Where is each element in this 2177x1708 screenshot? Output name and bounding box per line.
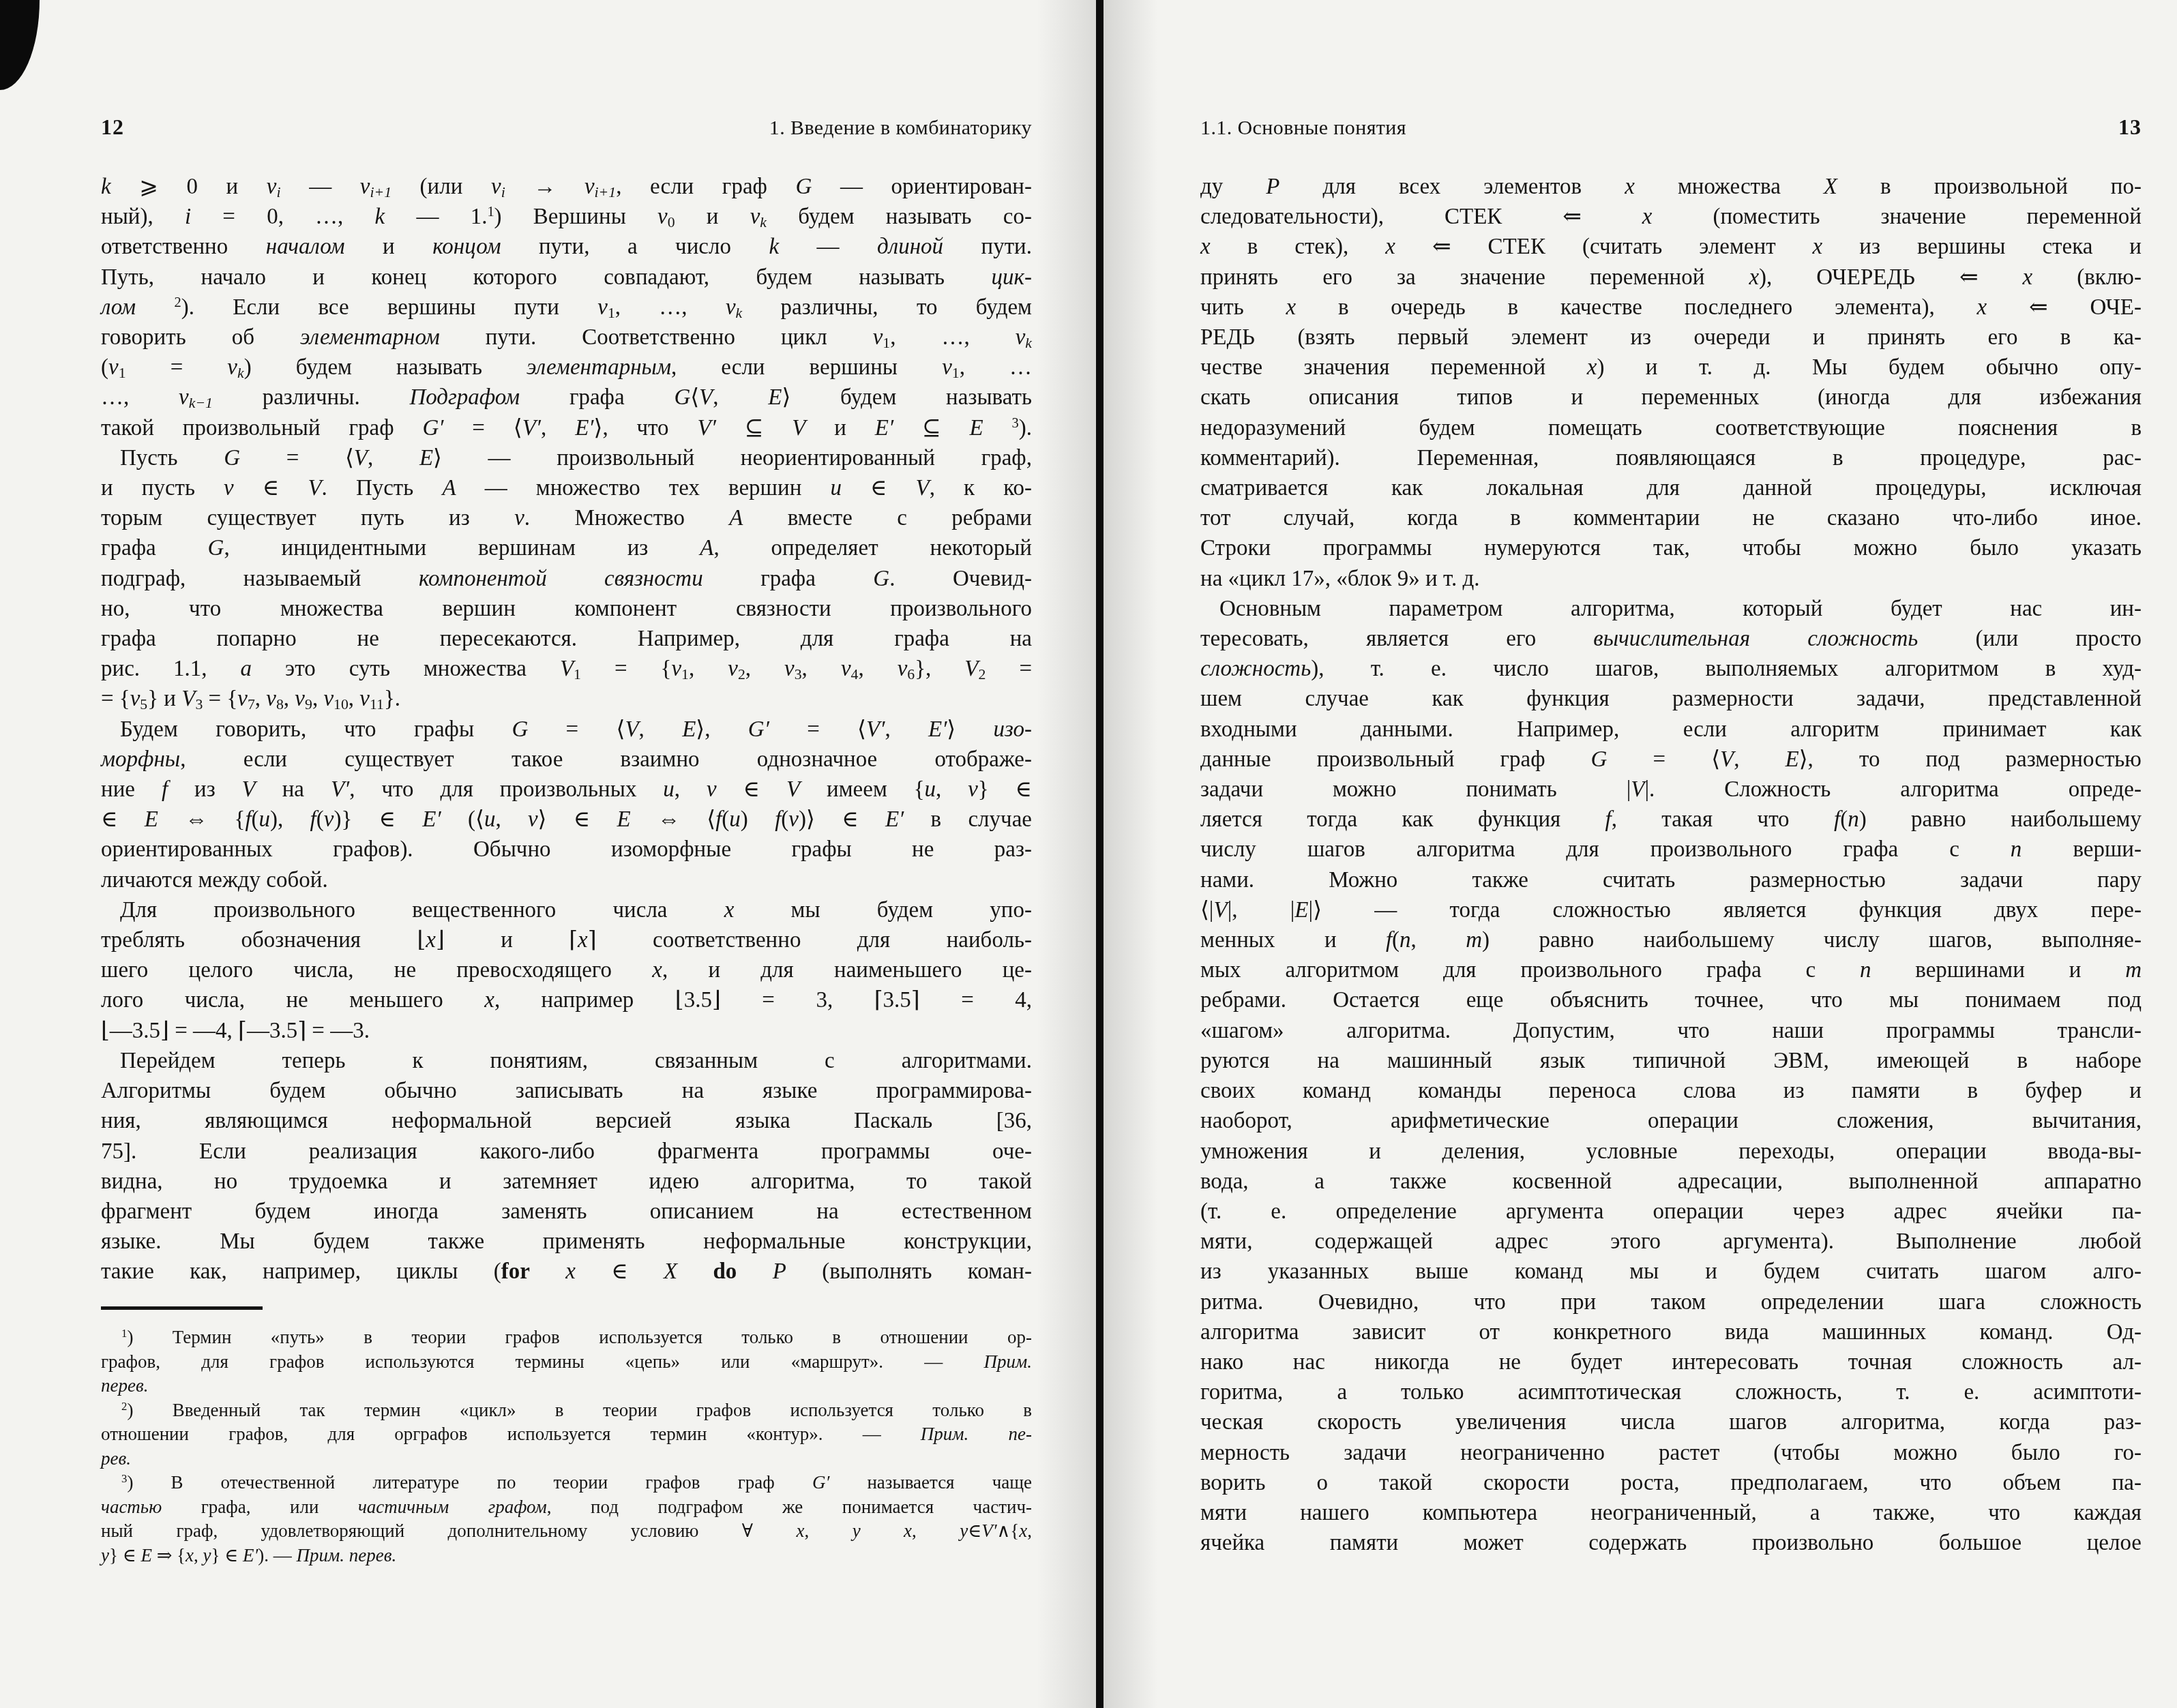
text-line: менных и f(n, m) равно наибольшему числу…	[1200, 925, 2142, 955]
text-line: своих команд команды переноса слова из п…	[1200, 1076, 2142, 1106]
text-line: ляется тогда как функция f, такая что f(…	[1200, 805, 2142, 835]
footnote-divider	[101, 1306, 263, 1310]
text-line: Алгоритмы будем обычно записывать на язы…	[101, 1076, 1032, 1106]
text-line: Пусть G = ⟨V, E⟩ — произвольный неориент…	[101, 443, 1032, 473]
text-line: ориентированных графов). Обычно изоморфн…	[101, 835, 1032, 865]
text-line: Строки программы нумеруются так, чтобы м…	[1200, 533, 2142, 563]
text-line: k ⩾ 0 и vi — vi+1 (или vi → vi+1, если г…	[101, 172, 1032, 202]
text-line: (v1 = vk) будем называть элементарным, е…	[101, 353, 1032, 383]
text-line: подграф, называемый компонентой связност…	[101, 564, 1032, 594]
text-line: ответственно началом и концом пути, а чи…	[101, 232, 1032, 262]
text-line: частью графа, или частичным графом, под …	[101, 1495, 1032, 1520]
text-line: ребрами. Остается еще объяснить точнее, …	[1200, 985, 2142, 1015]
book-scan-spread: 12 1. Введение в комбинаторику k ⩾ 0 и v…	[0, 0, 2177, 1708]
text-line: лого числа, не меньшего x, например ⌊3.5…	[101, 985, 1032, 1015]
text-line: ный), i = 0, …, k — 1.1) Вершины v0 и vk…	[101, 202, 1032, 232]
text-line: и пусть v ∈ V. Пусть A — множество тех в…	[101, 473, 1032, 503]
text-line: сложность), т. е. число шагов, выполняем…	[1200, 654, 2142, 684]
text-line: морфны, если существует такое взаимно од…	[101, 745, 1032, 775]
text-line: ду P для всех элементов x множества X в …	[1200, 172, 2142, 202]
page-number-left: 12	[101, 115, 124, 140]
text-line: графов, для графов используются термины …	[101, 1350, 1032, 1375]
text-line: комментарий). Переменная, появляющаяся в…	[1200, 443, 2142, 473]
text-line: говорить об элементарном пути. Соответст…	[101, 323, 1032, 353]
text-line: …, vk−1 различны. Подграфом графа G⟨V, E…	[101, 383, 1032, 413]
text-line: вода, а также косвенной адресации, выпол…	[1200, 1167, 2142, 1197]
text-line: такие как, например, циклы (for x ∈ X do…	[101, 1257, 1032, 1287]
text-line: Путь, начало и конец которого совпадают,…	[101, 263, 1032, 293]
text-line: алгоритма зависит от конкретного вида ма…	[1200, 1317, 2142, 1347]
text-line: = {v5} и V3 = {v7, v8, v9, v10, v11}.	[101, 684, 1032, 714]
page-12-footnotes: 1) Термин «путь» в теории графов использ…	[101, 1325, 1032, 1568]
page-number-right: 13	[2118, 115, 2142, 140]
text-line: ный граф, удовлетворяющий дополнительном…	[101, 1519, 1032, 1544]
text-line: шего целого числа, не превосходящего x, …	[101, 955, 1032, 985]
text-line: перев.	[101, 1374, 1032, 1398]
text-line: на «цикл 17», «блок 9» и т. д.	[1200, 564, 2142, 594]
text-line: графа попарно не пересекаются. Например,…	[101, 624, 1032, 654]
text-line: ⌊—3.5⌋ = —4, ⌈—3.5⌉ = —3.	[101, 1016, 1032, 1046]
text-line: фрагмент будем иногда заменять описанием…	[101, 1197, 1032, 1227]
text-line: тересовать, является его вычислительная …	[1200, 624, 2142, 654]
text-line: наоборот, арифметические операции сложен…	[1200, 1106, 2142, 1136]
paragraph: Будем говорить, что графы G = ⟨V, E⟩, G′…	[101, 715, 1032, 895]
text-line: ячейка памяти может содержать произвольн…	[1200, 1528, 2142, 1558]
text-line: из указанных выше команд мы и будем счит…	[1200, 1257, 2142, 1287]
paragraph: Основным параметром алгоритма, который б…	[1200, 594, 2142, 1559]
text-line: 1) Термин «путь» в теории графов использ…	[101, 1325, 1032, 1350]
text-line: числу шагов алгоритма для произвольного …	[1200, 835, 2142, 865]
text-line: нако нас никогда не будет интересовать т…	[1200, 1347, 2142, 1377]
text-line: входными данными. Например, если алгорит…	[1200, 715, 2142, 745]
text-line: скать описания типов и переменных (иногд…	[1200, 383, 2142, 413]
text-line: честве значения переменной x) и т. д. Мы…	[1200, 353, 2142, 383]
text-line: РЕДЬ (взять первый элемент из очереди и …	[1200, 323, 2142, 353]
paragraph: k ⩾ 0 и vi — vi+1 (или vi → vi+1, если г…	[101, 172, 1032, 443]
text-line: тот случай, когда в комментарии не сказа…	[1200, 503, 2142, 533]
text-line: отношении графов, для орграфов используе…	[101, 1422, 1032, 1447]
page-12-body: k ⩾ 0 и vi — vi+1 (или vi → vi+1, если г…	[101, 172, 1032, 1287]
text-line: x в стек), x ⇐ СТЕК (считать элемент x и…	[1200, 232, 2142, 262]
text-line: мых алгоритмом для произвольного графа с…	[1200, 955, 2142, 985]
text-line: рев.	[101, 1447, 1032, 1471]
paragraph: ду P для всех элементов x множества X в …	[1200, 172, 2142, 594]
footnote: 1) Термин «путь» в теории графов использ…	[101, 1325, 1032, 1398]
page-12-header: 12 1. Введение в комбинаторику	[101, 115, 1032, 140]
text-line: ния, являющимся неформальной версией язы…	[101, 1106, 1032, 1136]
text-line: видна, но трудоемка и затемняет идею алг…	[101, 1167, 1032, 1197]
paragraph: Перейдем теперь к понятиям, связанным с …	[101, 1046, 1032, 1287]
text-line: такой произвольный граф G′ = ⟨V′, E′⟩, ч…	[101, 413, 1032, 443]
text-line: чить x в очередь в качестве последнего э…	[1200, 293, 2142, 323]
text-line: ⟨|V|, |E|⟩ — тогда сложностью является ф…	[1200, 895, 2142, 925]
footnote: 2) Введенный так термин «цикл» в теории …	[101, 1398, 1032, 1471]
text-line: 3) В отечественной литературе по теории …	[101, 1471, 1032, 1495]
text-line: y} ∈ E ⇒ {x, y} ∈ E′). — Прим. перев.	[101, 1544, 1032, 1568]
text-line: ворить о такой скорости роста, предполаг…	[1200, 1468, 2142, 1498]
book-gutter-line	[1096, 0, 1104, 1708]
running-head-left: 1. Введение в комбинаторику	[769, 117, 1032, 140]
text-line: (т. е. определение аргумента операции че…	[1200, 1197, 2142, 1227]
text-line: «шагом» алгоритма. Допустим, что наши пр…	[1200, 1016, 2142, 1046]
text-line: сматривается как локальная для данной пр…	[1200, 473, 2142, 503]
text-line: языке. Мы будем также применять неформал…	[101, 1227, 1032, 1257]
text-line: следовательности), СТЕК ⇐ x (поместить з…	[1200, 202, 2142, 232]
page-13-header: 1.1. Основные понятия 13	[1200, 115, 2142, 140]
page-13-body: ду P для всех элементов x множества X в …	[1200, 172, 2142, 1558]
text-line: 2) Введенный так термин «цикл» в теории …	[101, 1398, 1032, 1423]
text-line: принять его за значение переменной x), О…	[1200, 263, 2142, 293]
text-line: умножения и деления, условные переходы, …	[1200, 1137, 2142, 1167]
text-line: мяти, содержащей адрес этого аргумента).…	[1200, 1227, 2142, 1257]
text-line: 75]. Если реализация какого-либо фрагмен…	[101, 1137, 1032, 1167]
text-line: шем случае как функция размерности задач…	[1200, 684, 2142, 714]
text-line: горитма, а только асимптотическая сложно…	[1200, 1377, 2142, 1407]
text-line: Основным параметром алгоритма, который б…	[1200, 594, 2142, 624]
text-line: графа G, инцидентными вершинам из A, опр…	[101, 533, 1032, 563]
paragraph: Пусть G = ⟨V, E⟩ — произвольный неориент…	[101, 443, 1032, 715]
text-line: руются на машинный язык типичной ЭВМ, им…	[1200, 1046, 2142, 1076]
text-line: Будем говорить, что графы G = ⟨V, E⟩, G′…	[101, 715, 1032, 745]
text-line: но, что множества вершин компонент связн…	[101, 594, 1032, 624]
footnote: 3) В отечественной литературе по теории …	[101, 1471, 1032, 1568]
running-head-right: 1.1. Основные понятия	[1200, 117, 1406, 140]
text-line: ческая скорость увеличения числа шагов а…	[1200, 1407, 2142, 1437]
gutter-shadow-right	[1104, 0, 1158, 1708]
text-line: торым существует путь из v. Множество A …	[101, 503, 1032, 533]
text-line: треблять обозначения ⌊x⌋ и ⌈x⌉ соответст…	[101, 925, 1032, 955]
text-line: нами. Можно также считать размерностью з…	[1200, 865, 2142, 895]
text-line: ние f из V на V′, что для произвольных u…	[101, 775, 1032, 805]
text-line: Для произвольного вещественного числа x …	[101, 895, 1032, 925]
text-line: задачи можно понимать |V|. Сложность алг…	[1200, 775, 2142, 805]
text-line: Перейдем теперь к понятиям, связанным с …	[101, 1046, 1032, 1076]
paragraph: Для произвольного вещественного числа x …	[101, 895, 1032, 1046]
text-line: лом 2). Если все вершины пути v1, …, vk …	[101, 293, 1032, 323]
text-line: мерность задачи неограниченно растет (чт…	[1200, 1438, 2142, 1468]
text-line: рис. 1.1, а это суть множества V1 = {v1,…	[101, 654, 1032, 684]
text-line: ∈ E ⇔ {f(u), f(v)} ∈ E′ (⟨u, v⟩ ∈ E ⇔ ⟨f…	[101, 805, 1032, 835]
text-line: данные произвольный граф G = ⟨V, E⟩, то …	[1200, 745, 2142, 775]
text-line: недоразумений будем помещать соответству…	[1200, 413, 2142, 443]
text-line: ритма. Очевидно, что при таком определен…	[1200, 1287, 2142, 1317]
gutter-shadow-left	[1037, 0, 1096, 1708]
text-line: личаются между собой.	[101, 865, 1032, 895]
text-line: мяти нашего компьютера неограниченный, а…	[1200, 1498, 2142, 1528]
page-corner-mark	[0, 0, 40, 90]
